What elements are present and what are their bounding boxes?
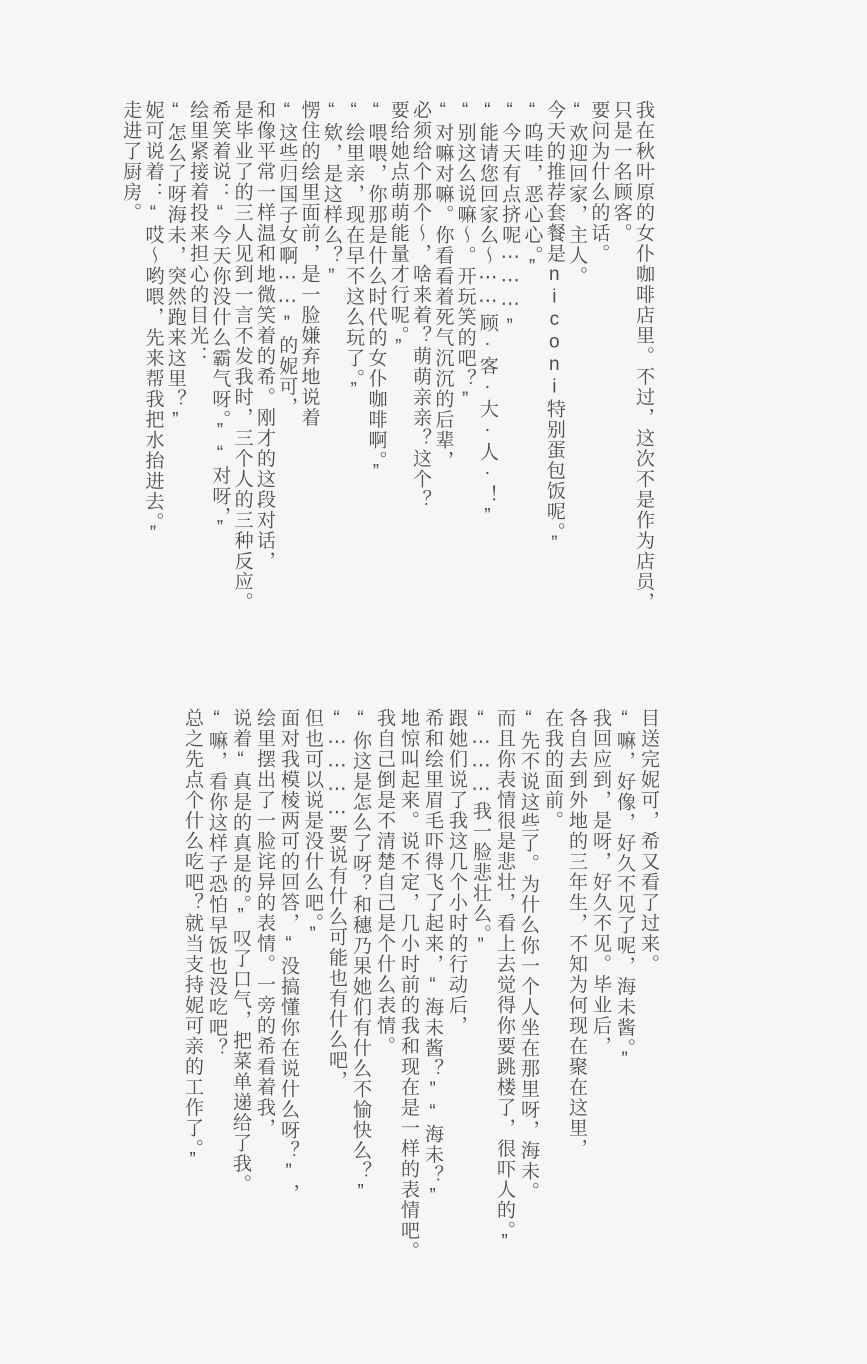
text-line: 我在秋叶原的女仆咖啡店里。不过，这次不是作为店员，: [632, 100, 654, 625]
text-line: 绘里紧接着投来担心的目光：: [186, 100, 208, 625]
text-line: “嘛，看你这样子恐怕早饭也没吃吧？: [204, 708, 228, 1268]
text-line: “对嘛对嘛。你看看着死气沉沉的后辈，: [431, 100, 453, 625]
text-line: 要问为什么的话。: [587, 100, 609, 625]
text-line: “欸，是这样么？”: [320, 100, 342, 625]
text-line: 在我的面前。: [540, 708, 564, 1268]
text-line: “嘛，好像，好久不见了呢，海未酱。”: [612, 708, 636, 1268]
text-line: “别这么说嘛～。开玩笑的吧？”: [453, 100, 475, 625]
text-line: “呜哇，恶心心。”: [520, 100, 542, 625]
text-line: “欢迎回家，主人。: [565, 100, 587, 625]
text-line: 愣住的绘里面前，是一脸嫌弃地说着: [297, 100, 319, 625]
text-line: 总之先点个什么吃吧？就当支持妮可亲的工作了。”: [180, 708, 204, 1268]
text-line: “⋯⋯⋯⋯要说有什么可能也有什么吧，: [324, 708, 348, 1268]
text-line: “这些归国子女啊⋯⋯”的妮可，: [275, 100, 297, 625]
ebook-page: 我在秋叶原的女仆咖啡店里。不过，这次不是作为店员，只是一名顾客。要问为什么的话。…: [0, 0, 867, 1364]
text-line: 只是一名顾客。: [609, 100, 631, 625]
text-line: “先不说这些了。为什么你一个人坐在那里呀，海未。: [516, 708, 540, 1268]
paragraph-block-lower: 目送完妮可，希又看了过来。“嘛，好像，好久不见了呢，海未酱。”我回应到，是呀，好…: [180, 708, 660, 1268]
text-line: “喂喂，你那是什么时代的女仆咖啡啊。”: [364, 100, 386, 625]
text-line: “绘里亲，现在早不这么玩了。”: [342, 100, 364, 625]
text-line: 地惊叫起来。说不定，几小时前的我和现在是一样的表情吧。: [396, 708, 420, 1268]
text-line: 各自去到外地的三年生，不知为何现在聚在这里，: [564, 708, 588, 1268]
text-line: 但也可以说是没什么吧。”: [300, 708, 324, 1268]
text-line: 要给她点萌萌能量才行呢。”: [386, 100, 408, 625]
text-line: “怎么了呀海未，突然跑来这里？”: [163, 100, 185, 625]
text-line: 绘里摆出了一脸诧异的表情。一旁的希看着我，: [252, 708, 276, 1268]
text-line: 希和绘里眉毛吓得飞了起来，“海未酱？”“海未？”: [420, 708, 444, 1268]
text-line: “今天有点挤呢⋯⋯⋯”: [498, 100, 520, 625]
text-line: “能请您回家么～⋯⋯顾·客·大·人·！”: [476, 100, 498, 625]
text-line: 跟她们说了我这几个小时的行动后，: [444, 708, 468, 1268]
text-line: 说着“真是的真是的。”叹了口气，把菜单递给了我。: [228, 708, 252, 1268]
text-line: 妮可说着：“哎～哟喂，先来帮我把水抬进去。”: [141, 100, 163, 625]
text-line: 和像平常一样温和地微笑着的希。刚才的这段对话，: [253, 100, 275, 625]
text-line: 走进了厨房。: [119, 100, 141, 625]
text-line: 我自己倒是不清楚自己是个什么表情。: [372, 708, 396, 1268]
text-line: “⋯⋯⋯我一脸悲壮么。”: [468, 708, 492, 1268]
text-line: 是毕业了的三人见到一言不发我时，三个人的三种反应。: [230, 100, 252, 625]
paragraph-block-upper: 我在秋叶原的女仆咖啡店里。不过，这次不是作为店员，只是一名顾客。要问为什么的话。…: [119, 100, 654, 625]
text-line: “你这是怎么了呀？和穗乃果她们有什么不愉快么？”: [348, 708, 372, 1268]
text-line: 希笑着说：“今天你没什么霸气呀。”“对呀，”: [208, 100, 230, 625]
text-line: 必须给个那个～，啥来着？萌萌亲亲？这个？: [409, 100, 431, 625]
text-line: 而且你表情很是悲壮，看上去觉得你要跳楼了，很吓人的。”: [492, 708, 516, 1268]
text-line: 目送完妮可，希又看了过来。: [636, 708, 660, 1268]
text-line: 面对我模棱两可的回答，“没搞懂你在说什么呀？”，: [276, 708, 300, 1268]
text-line: 今天的推荐套餐是niconi特别蛋包饭呢。”: [543, 100, 565, 625]
text-line: 我回应到，是呀，好久不见。毕业后，: [588, 708, 612, 1268]
